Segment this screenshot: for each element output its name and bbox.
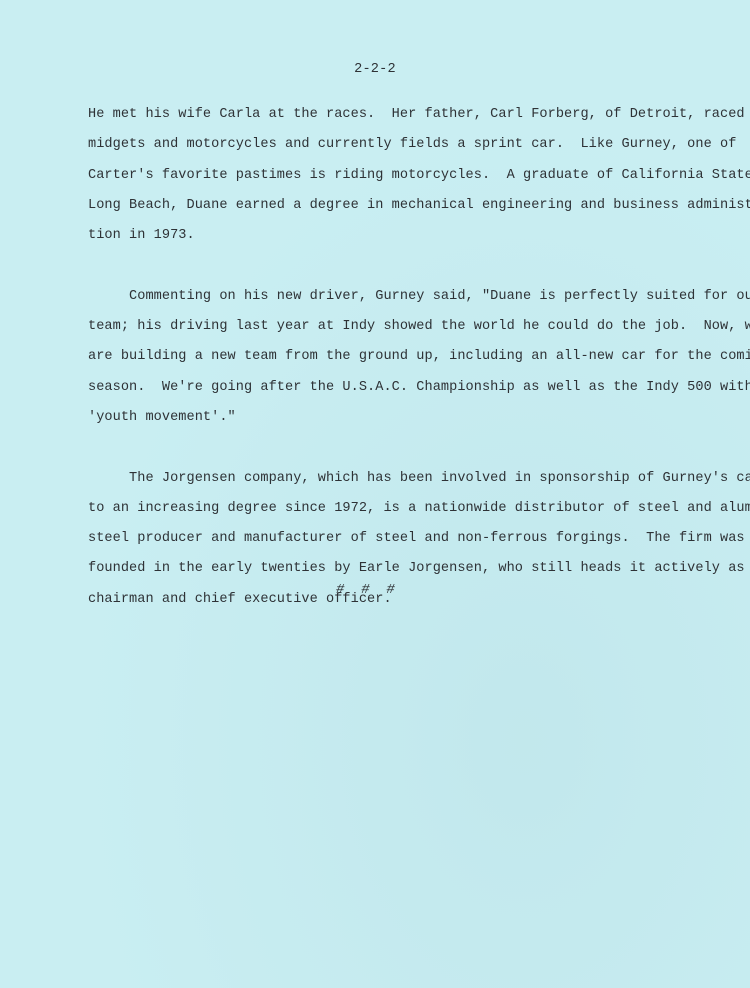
text-line: chairman and chief executive officer. bbox=[88, 585, 728, 615]
paragraph-jorgensen: The Jorgensen company, which has been in… bbox=[88, 464, 728, 615]
text-line: are building a new team from the ground … bbox=[88, 342, 728, 372]
text-line: Commenting on his new driver, Gurney sai… bbox=[88, 282, 728, 312]
page-number: 2-2-2 bbox=[0, 62, 750, 77]
document-page: 2-2-2 He met his wife Carla at the races… bbox=[0, 0, 750, 988]
end-of-release-mark: # # # bbox=[336, 582, 395, 598]
text-line: Long Beach, Duane earned a degree in mec… bbox=[88, 191, 728, 221]
text-line: to an increasing degree since 1972, is a… bbox=[88, 494, 728, 524]
text-line: He met his wife Carla at the races. Her … bbox=[88, 100, 728, 130]
text-line: The Jorgensen company, which has been in… bbox=[88, 464, 728, 494]
body-text: He met his wife Carla at the races. Her … bbox=[88, 100, 728, 615]
paragraph-personal: He met his wife Carla at the races. Her … bbox=[88, 100, 728, 251]
text-line: season. We're going after the U.S.A.C. C… bbox=[88, 373, 728, 403]
text-line: tion in 1973. bbox=[88, 221, 728, 251]
text-line: Carter's favorite pastimes is riding mot… bbox=[88, 161, 728, 191]
text-line: midgets and motorcycles and currently fi… bbox=[88, 130, 728, 160]
paragraph-gurney-quote: Commenting on his new driver, Gurney sai… bbox=[88, 282, 728, 433]
paragraph-spacer bbox=[88, 433, 728, 463]
text-line: founded in the early twenties by Earle J… bbox=[88, 554, 728, 584]
text-line: steel producer and manufacturer of steel… bbox=[88, 524, 728, 554]
text-line: 'youth movement'." bbox=[88, 403, 728, 433]
text-line: team; his driving last year at Indy show… bbox=[88, 312, 728, 342]
paragraph-spacer bbox=[88, 251, 728, 281]
